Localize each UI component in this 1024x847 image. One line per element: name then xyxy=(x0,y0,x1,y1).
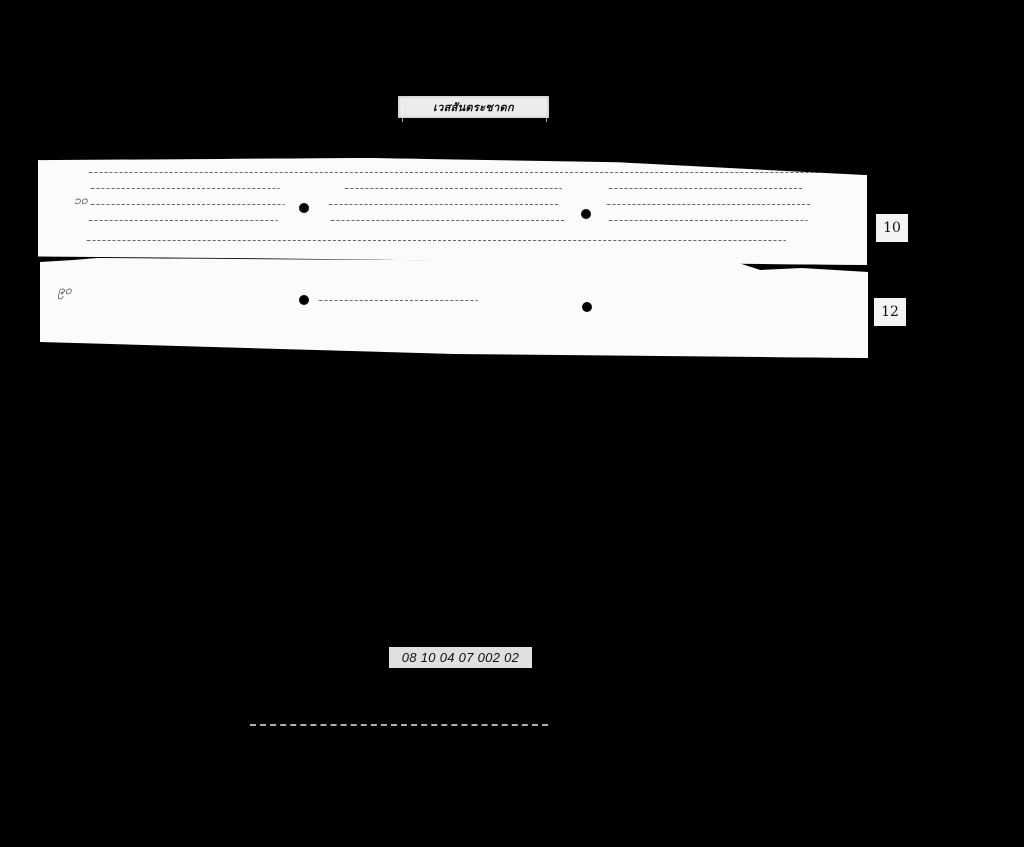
script-line-2 xyxy=(90,188,280,191)
manuscript-scan-page: เวสสันตระชาดก ၁၀ ၉၀ 10 12 08 10 04 07 00… xyxy=(0,0,1024,847)
palm-leaf-1: ၁၀ xyxy=(38,158,867,265)
script-line-3 xyxy=(328,204,560,207)
string-hole xyxy=(581,209,591,219)
registration-tick xyxy=(402,118,403,122)
leaf-folio-mark: ၉၀ xyxy=(58,282,72,300)
script-line-3 xyxy=(90,204,285,207)
script-line-3 xyxy=(606,204,812,207)
script-line-4 xyxy=(88,220,278,223)
script-line-2 xyxy=(344,188,562,191)
string-hole xyxy=(299,203,309,213)
registration-tick xyxy=(546,118,547,122)
script-line-1 xyxy=(88,172,848,175)
document-title-label: เวสสันตระชาดก xyxy=(398,96,549,118)
page-number-label: 10 xyxy=(876,214,908,242)
script-line-5 xyxy=(86,240,786,243)
page-number-label: 12 xyxy=(874,298,906,326)
script-line-1 xyxy=(318,300,478,303)
palm-leaf-2: ၉၀ xyxy=(40,258,868,358)
leaf-folio-mark: ၁၀ xyxy=(74,192,88,210)
string-hole xyxy=(299,295,309,305)
string-hole xyxy=(582,302,592,312)
script-line-4 xyxy=(330,220,566,223)
script-line-4 xyxy=(608,220,808,223)
reference-code-label: 08 10 04 07 002 02 xyxy=(389,647,532,668)
script-line-2 xyxy=(608,188,804,191)
scale-bar xyxy=(250,724,548,728)
